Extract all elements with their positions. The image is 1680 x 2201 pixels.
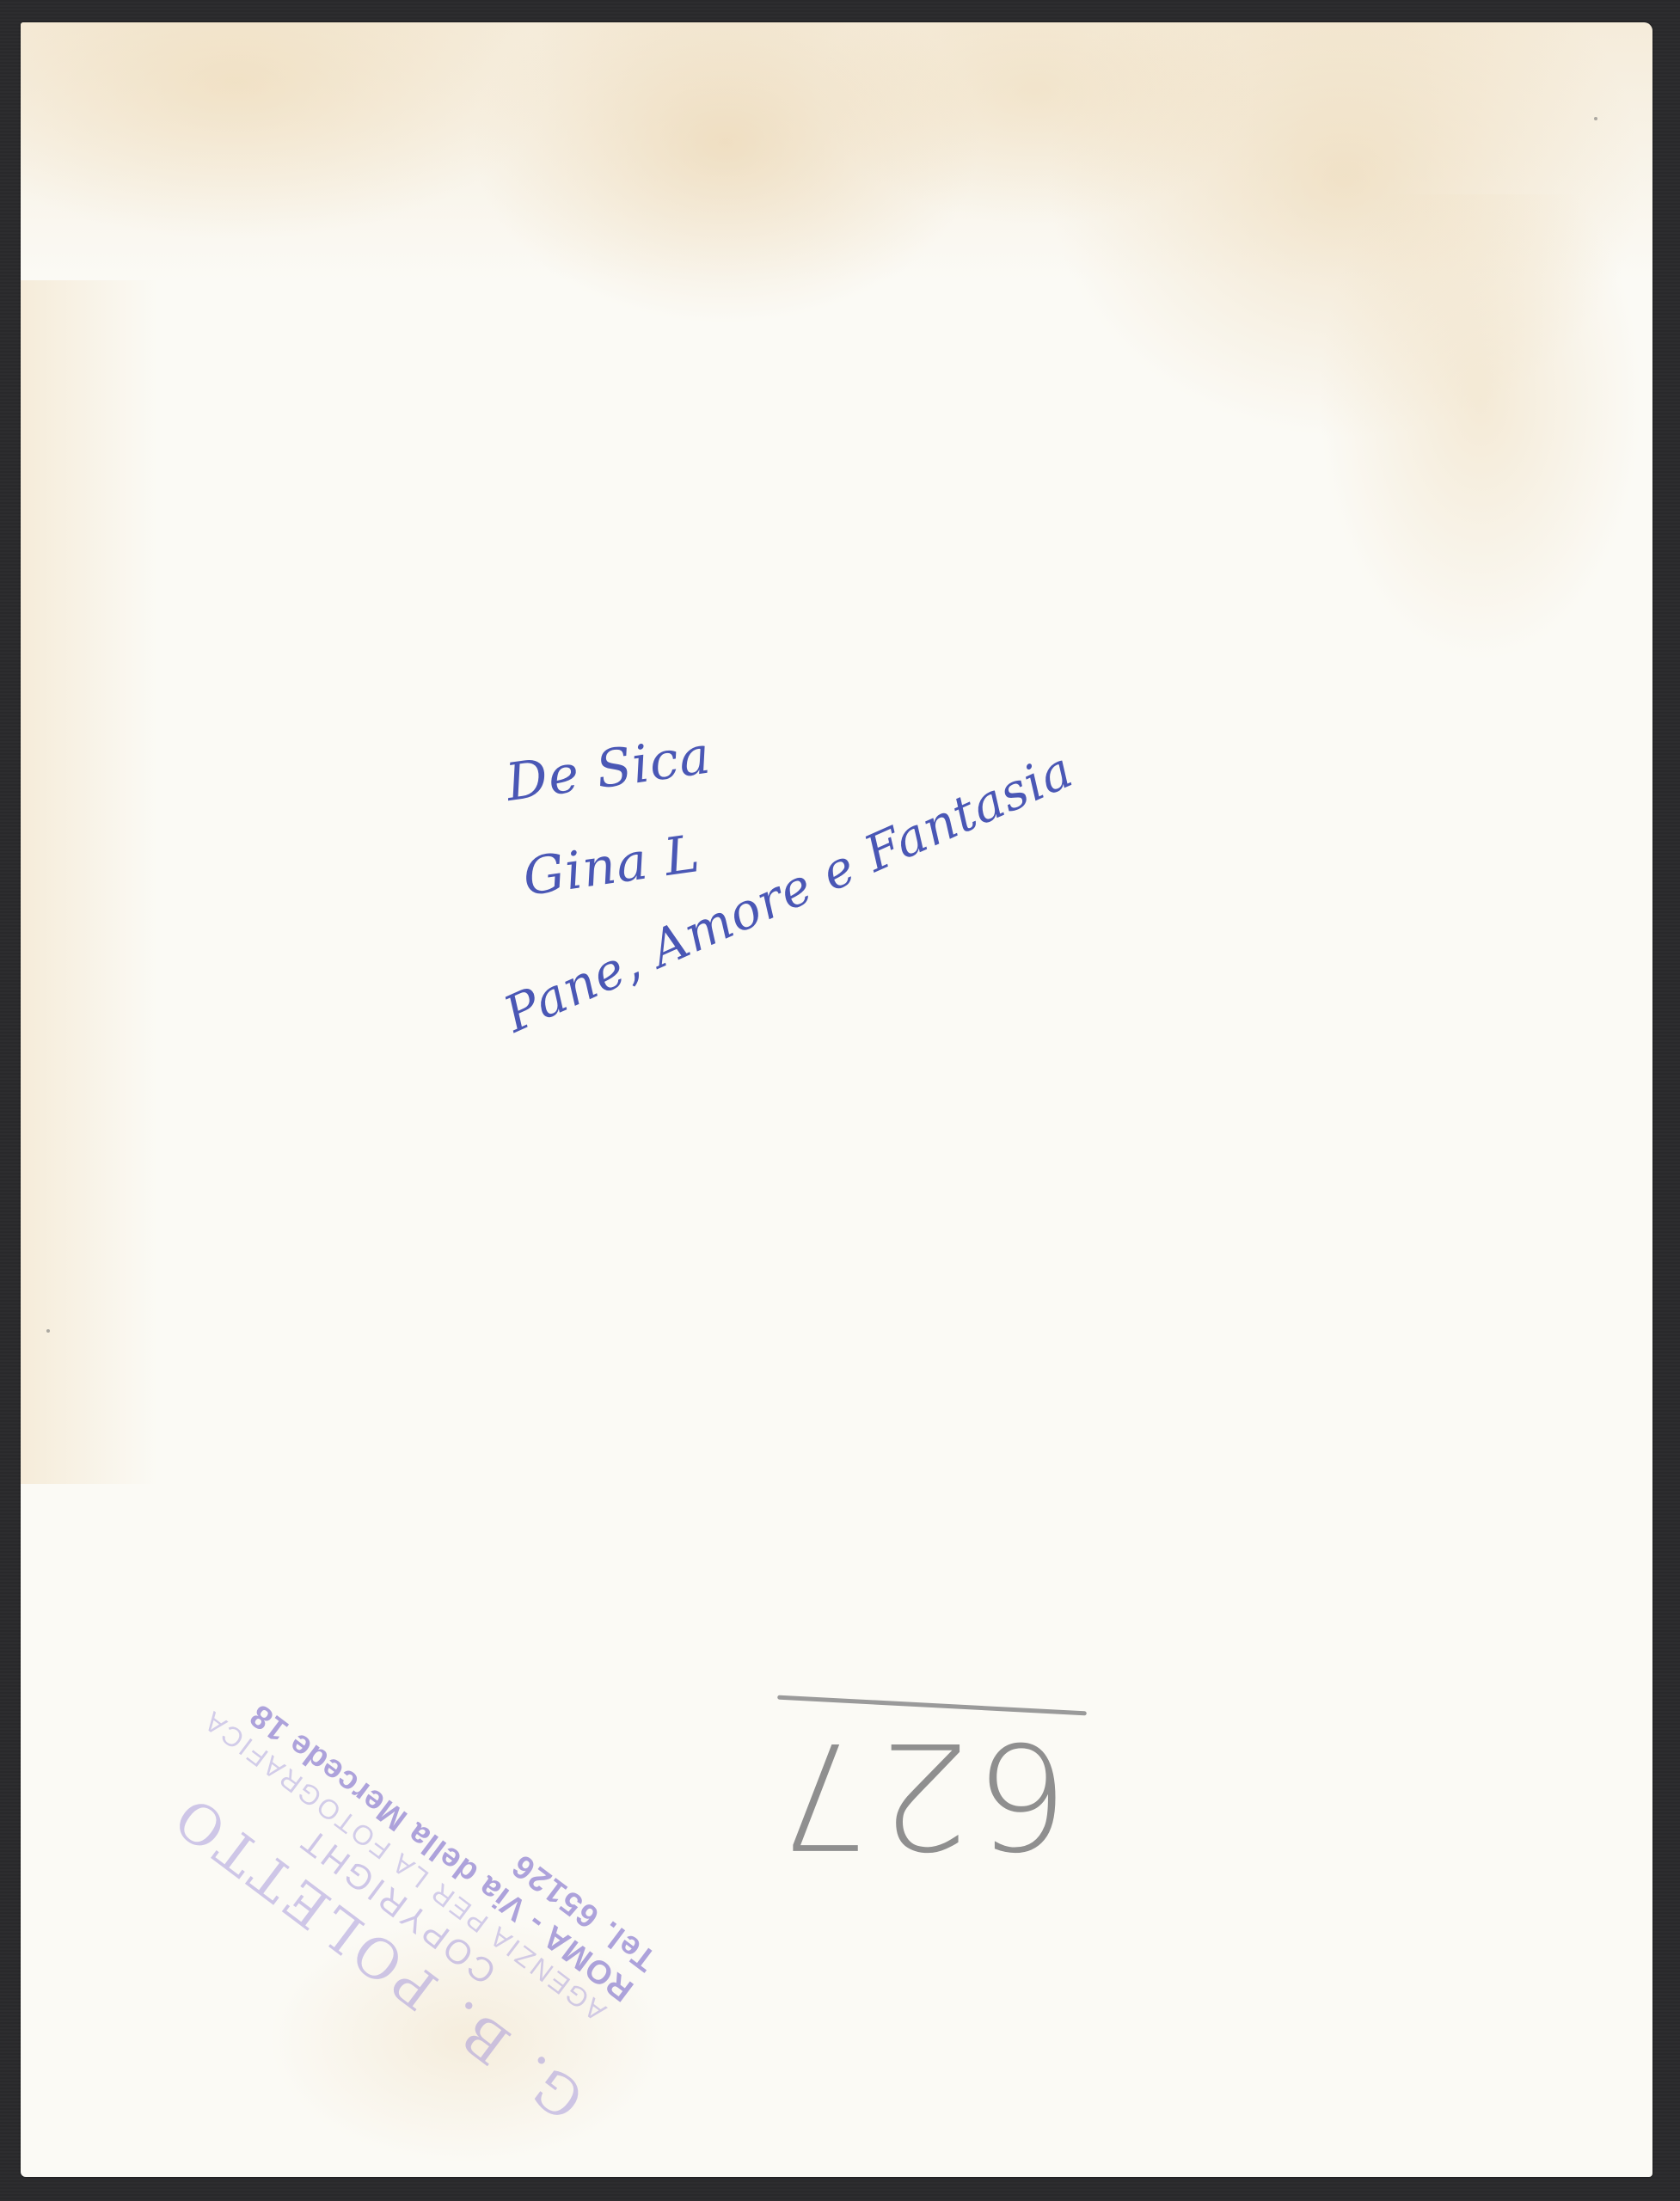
water-stain-right xyxy=(1257,194,1652,882)
stamp-telephone: Tel. 65126 xyxy=(236,1643,684,1994)
stamp-photographer-name: G. B. POLETTO xyxy=(132,1759,596,2130)
paper-speck xyxy=(46,1329,50,1333)
handwritten-note-director: De Sica xyxy=(502,725,714,813)
water-stain-bottom xyxy=(193,1816,794,2177)
stamp-address: ROMA - Via della Mercede 18 xyxy=(213,1672,661,2023)
stamp-copyright: COPYRIGHT xyxy=(170,1728,620,2081)
photo-back-paper: De Sica Gina L Pane, Amore e Fantasia 62… xyxy=(21,22,1652,2177)
photographer-stamp: G. B. POLETTO COPYRIGHT AGENZIA PER LA F… xyxy=(150,1639,683,2120)
water-stain-top xyxy=(21,22,1652,469)
stamp-agency: AGENZIA PER LA FOTOGRAFICA xyxy=(194,1702,639,2049)
pencil-number-digits: 627 xyxy=(770,1709,1070,1879)
pencil-inventory-number: 627 xyxy=(777,1656,1087,1879)
water-stain-left xyxy=(21,280,158,1484)
handwritten-note-actress: Gina L xyxy=(519,824,703,908)
paper-speck xyxy=(1594,117,1597,120)
